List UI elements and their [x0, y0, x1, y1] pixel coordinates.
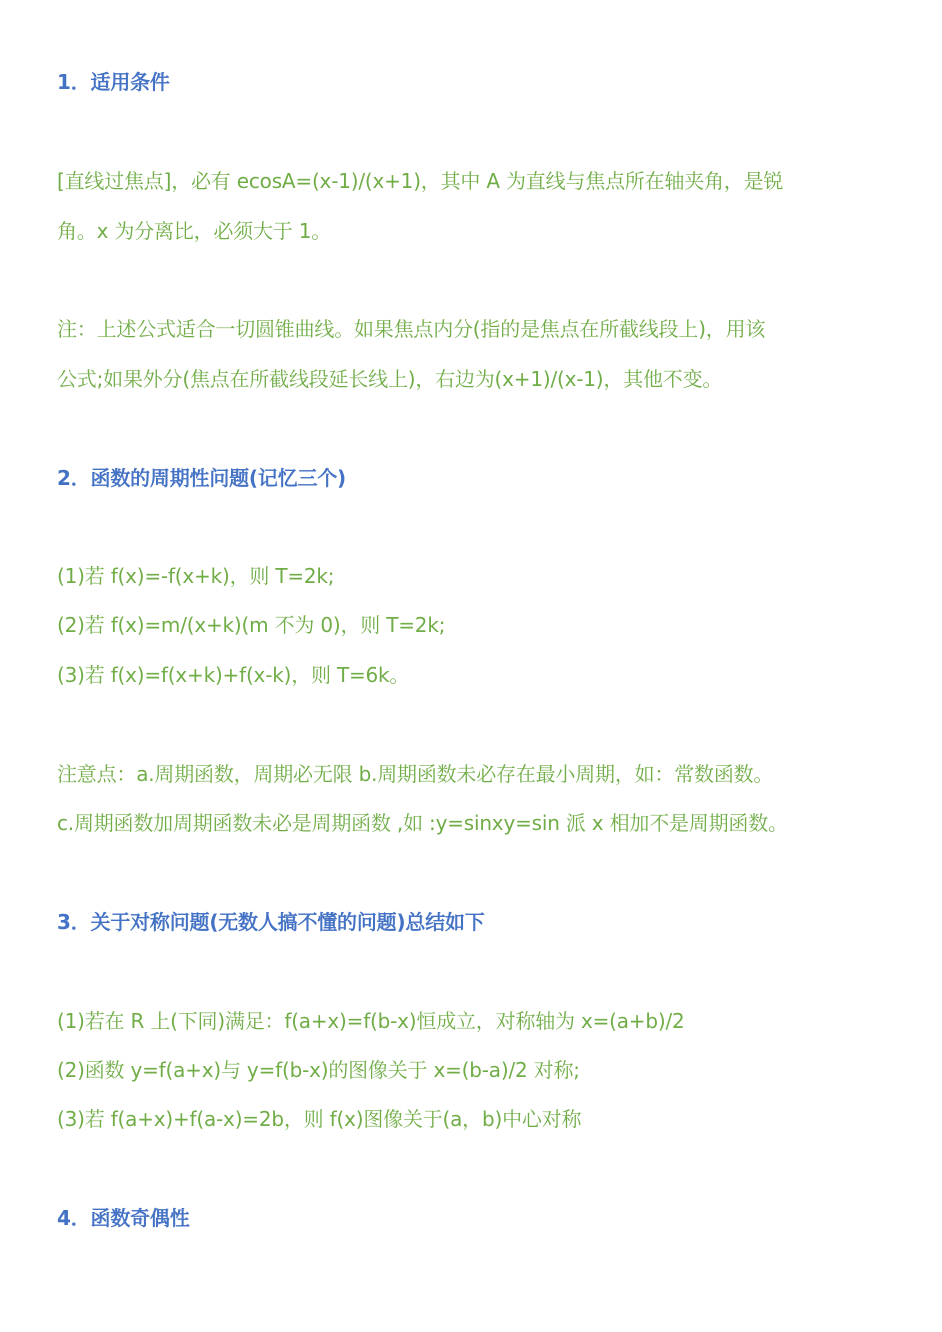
document-page: 1．适用条件 [直线过焦点]，必有 ecosA=(x-1)/(x+1)，其中 A…	[0, 0, 942, 1332]
section-1-note-line-1: 注：上述公式适合一切圆锥曲线。如果焦点内分(指的是焦点在所截线段上)，用该	[57, 316, 765, 342]
section-2-heading: 2．函数的周期性问题(记忆三个)	[57, 465, 346, 491]
section-2-item-1: (1)若 f(x)=-f(x+k)，则 T=2k;	[57, 563, 334, 589]
section-3-item-1: (1)若在 R 上(下同)满足：f(a+x)=f(b-x)恒成立，对称轴为 x=…	[57, 1008, 685, 1034]
section-2-note-line-1: 注意点：a.周期函数，周期必无限 b.周期函数未必存在最小周期，如：常数函数。	[57, 761, 773, 787]
section-1-note-line-2: 公式;如果外分(焦点在所截线段延长线上)，右边为(x+1)/(x-1)，其他不变…	[57, 366, 722, 392]
section-3-item-3: (3)若 f(a+x)+f(a-x)=2b，则 f(x)图像关于(a，b)中心对…	[57, 1106, 581, 1132]
section-1-paragraph-1-line-1: [直线过焦点]，必有 ecosA=(x-1)/(x+1)，其中 A 为直线与焦点…	[57, 168, 783, 194]
section-4-heading: 4．函数奇偶性	[57, 1205, 190, 1231]
section-2-note-line-2: c.周期函数加周期函数未必是周期函数 ,如 :y=sinxy=sin 派 x 相…	[57, 810, 788, 836]
section-1-paragraph-1-line-2: 角。x 为分离比，必须大于 1。	[57, 218, 331, 244]
section-3-heading: 3．关于对称问题(无数人搞不懂的问题)总结如下	[57, 909, 485, 935]
section-1-heading: 1．适用条件	[57, 69, 170, 95]
section-2-item-3: (3)若 f(x)=f(x+k)+f(x-k)，则 T=6k。	[57, 662, 409, 688]
section-2-item-2: (2)若 f(x)=m/(x+k)(m 不为 0)，则 T=2k;	[57, 612, 445, 638]
section-3-item-2: (2)函数 y=f(a+x)与 y=f(b-x)的图像关于 x=(b-a)/2 …	[57, 1057, 580, 1083]
